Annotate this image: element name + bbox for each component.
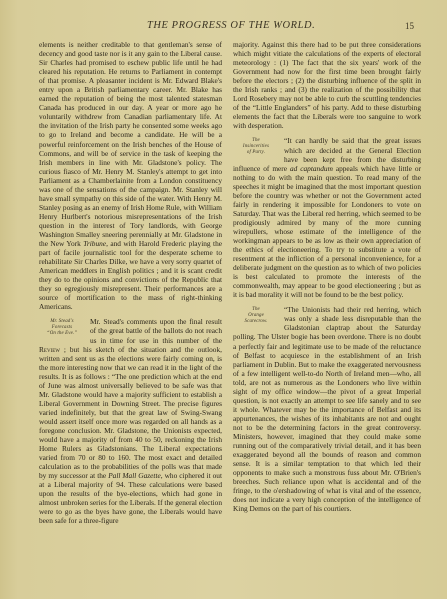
- book-page: THE PROGRESS OF THE WORLD. 15 elements i…: [0, 0, 447, 599]
- paragraph-text: ; but his sketch of the situation and th…: [39, 345, 222, 481]
- page-number: 15: [405, 21, 414, 31]
- side-note-line: of Party.: [233, 150, 279, 156]
- side-note-stead-forecasts: Mr. Stead's Forecasts “On the Eve.”: [39, 319, 85, 337]
- left-column: elements is neither creditable to that g…: [39, 40, 222, 525]
- italic-publication-pall-mall: Pall Mall Gazette: [108, 471, 161, 480]
- paragraph-text: appeals which have little or nothing to …: [233, 164, 421, 300]
- right-column: majority. Against this there had to be p…: [233, 40, 421, 513]
- section-stead-forecasts: Mr. Stead's Forecasts “On the Eve.” Mr. …: [39, 317, 222, 525]
- paragraph-text: , who ciphered it out at a Liberal major…: [39, 471, 222, 525]
- paragraph-text: Mr. Stead's comments upon the final resu…: [90, 317, 222, 344]
- side-note-line: “On the Eve.”: [39, 331, 85, 337]
- paragraph-red-herring: “It can hardly be said that the great is…: [233, 136, 421, 299]
- running-title: THE PROGRESS OF THE WORLD.: [147, 20, 315, 31]
- side-note-orange-scarecrow: The Orange Scarecrow.: [233, 307, 279, 325]
- section-orange-scarecrow: The Orange Scarecrow. “The Unionists had…: [233, 305, 421, 513]
- paragraph-blake-stanley: elements is neither creditable to that g…: [39, 40, 222, 311]
- paragraph-text: elements is neither creditable to that g…: [39, 40, 222, 248]
- italic-publication-tribune: Tribune: [83, 239, 106, 248]
- paragraph-unionists: “The Unionists had their red herring, wh…: [233, 305, 421, 513]
- smallcaps-review: Review: [39, 345, 60, 354]
- side-note-insincerities: The Insincerities of Party.: [233, 138, 279, 156]
- italic-ad-captandum: ad captandum: [290, 164, 333, 173]
- paragraph-stead-comments: Mr. Stead's comments upon the final resu…: [39, 317, 222, 525]
- paragraph-majority-considerations: majority. Against this there had to be p…: [233, 40, 421, 130]
- paragraph-text: , and with Harold Frederic playing the p…: [39, 239, 222, 311]
- running-head: THE PROGRESS OF THE WORLD. 15: [0, 20, 447, 34]
- section-insincerities-of-party: The Insincerities of Party. “It can hard…: [233, 136, 421, 299]
- side-note-line: Scarecrow.: [233, 319, 279, 325]
